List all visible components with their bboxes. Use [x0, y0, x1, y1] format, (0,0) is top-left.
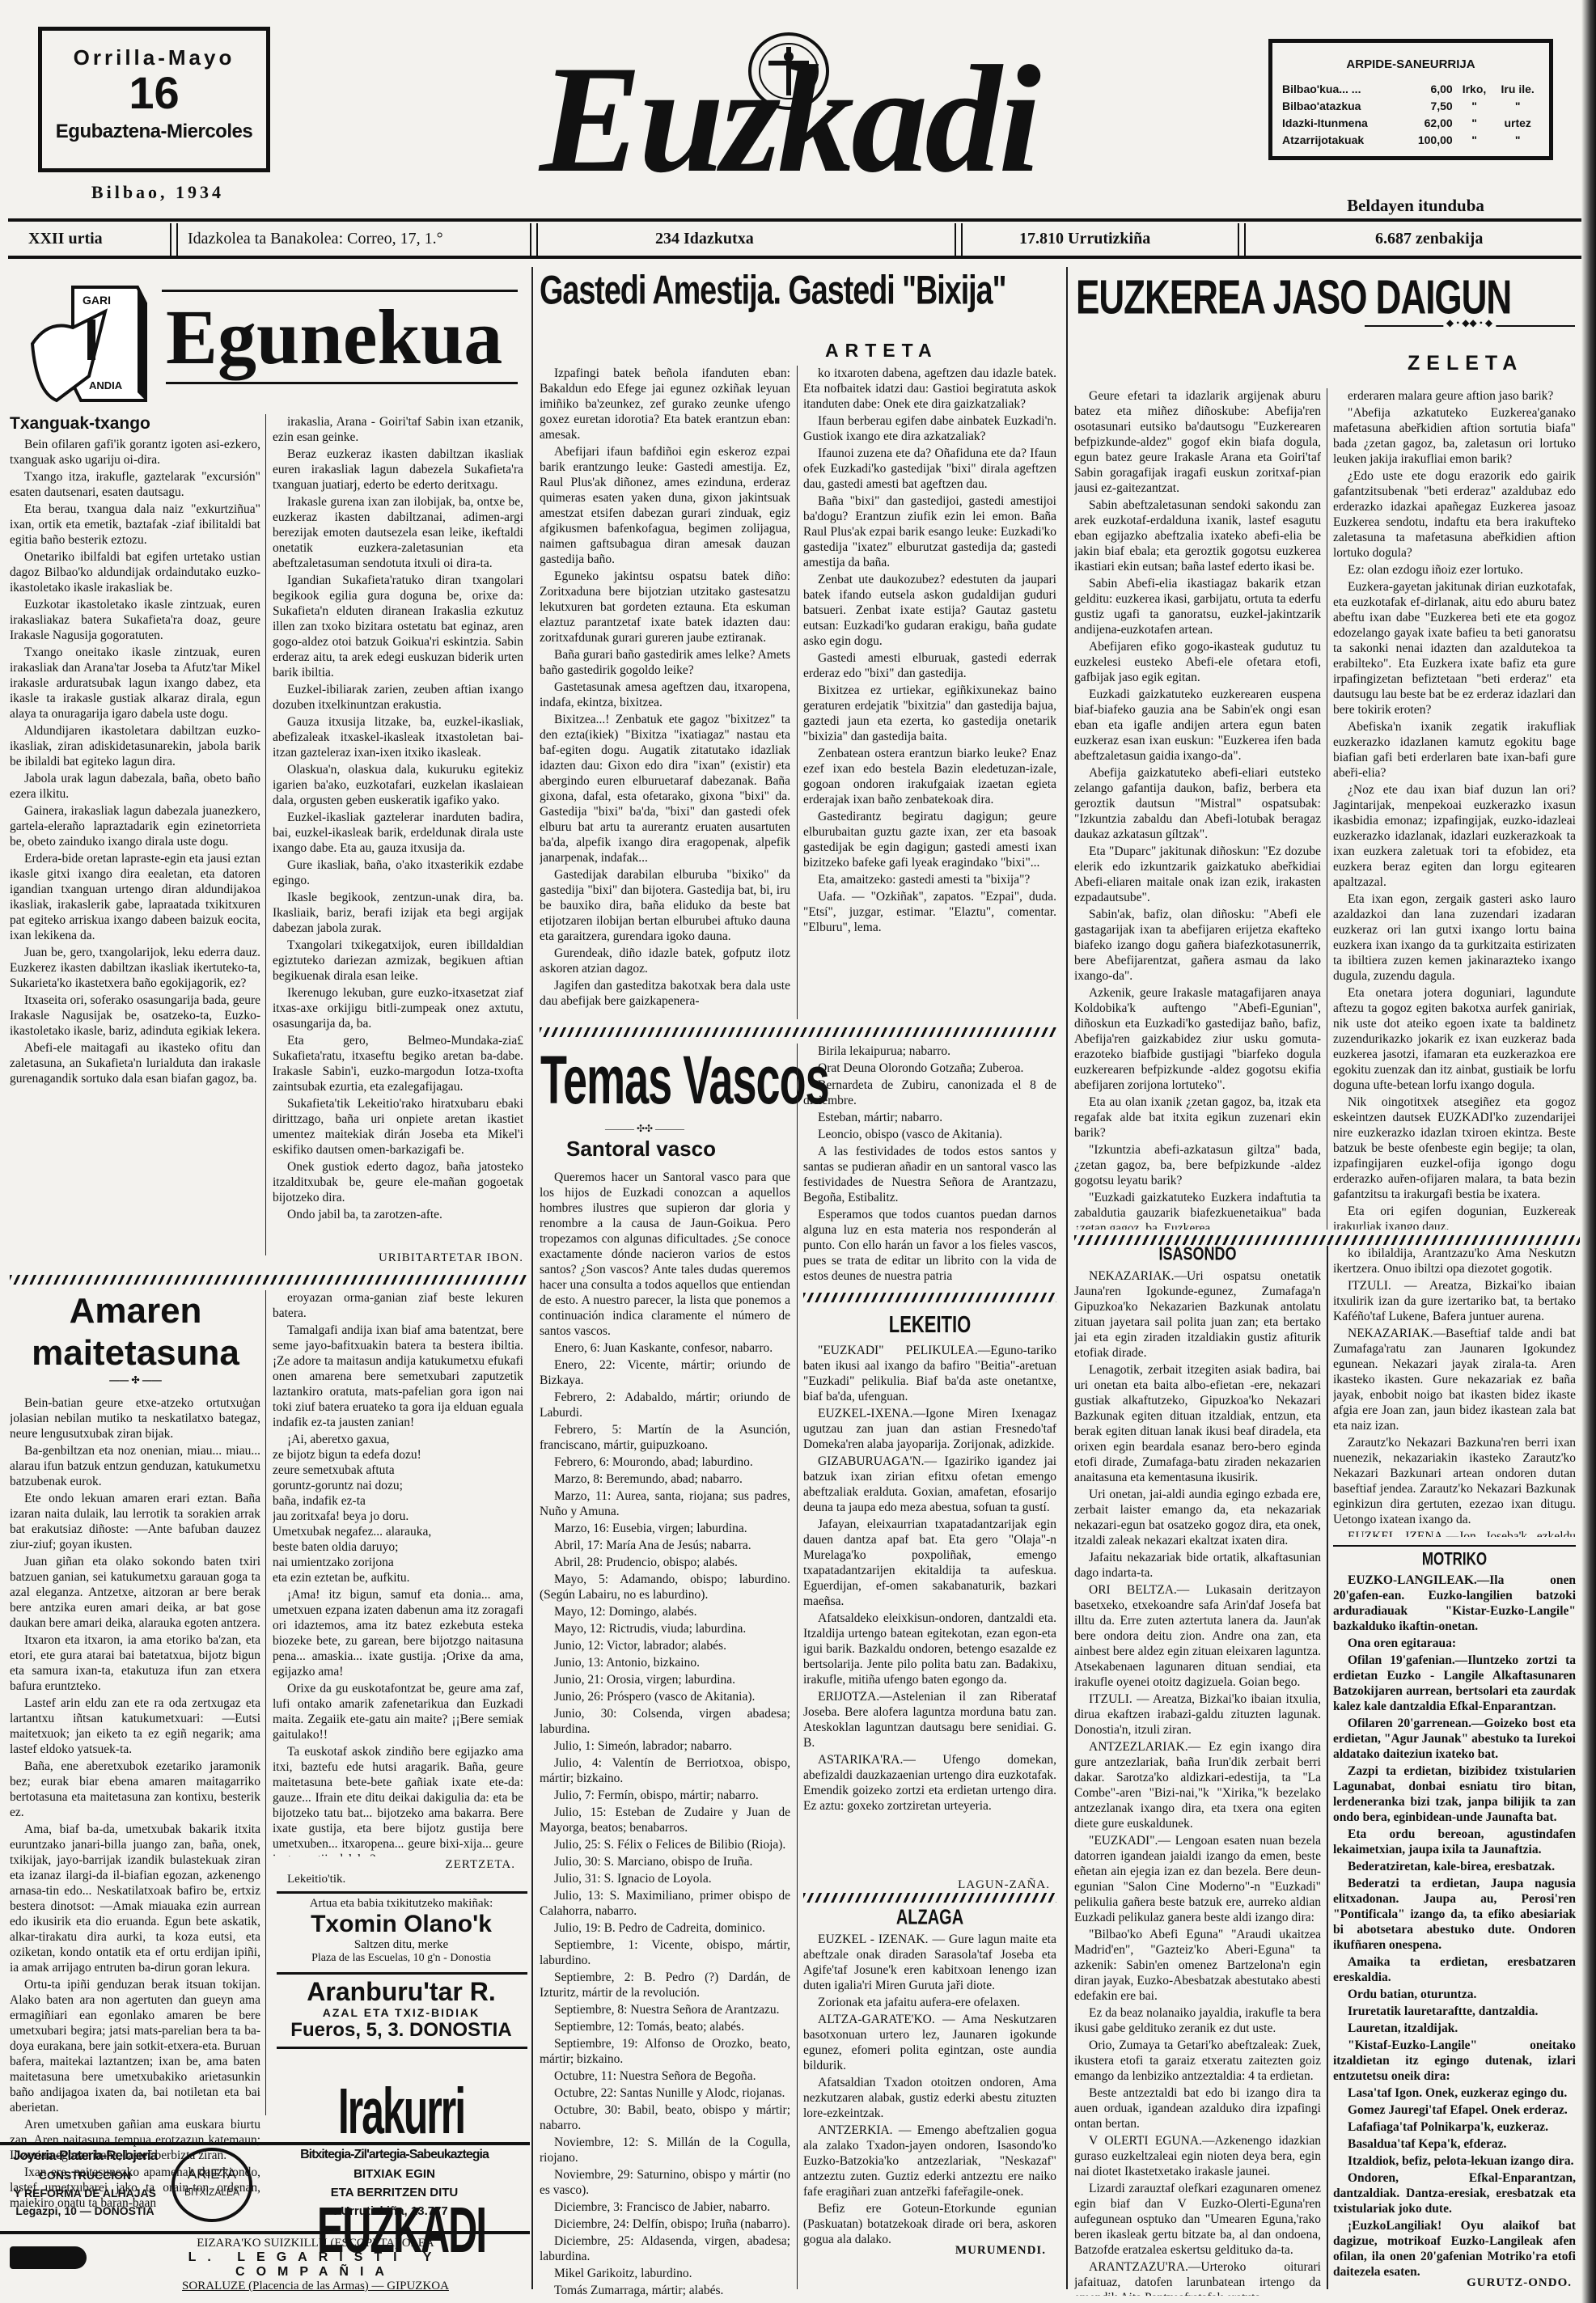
txanguak-headline: Txanguak-txango	[10, 414, 150, 434]
paragraph: Lenagotik, zerbait itzegiten asiak badir…	[1074, 1362, 1321, 1485]
gastedi-col1: Izpafingi batek beñola ifanduten eban: B…	[540, 366, 790, 1019]
info-divider	[530, 223, 538, 256]
saint-entry: Noviembre, 29: Saturnino, obispo y márti…	[540, 2167, 790, 2198]
paragraph: EUZKO-LANGILEAK.—Ila onen 20'gafen-ean. …	[1333, 1573, 1576, 1634]
paragraph: ERIJOTZA.—Astelenian il zan Riberataf Jo…	[803, 1689, 1056, 1751]
alzaga-body: EUZKEL - IZENAK. — Gure lagun maite eta …	[803, 1932, 1056, 2255]
paragraph: Ortu-ta ipiñi genduzan berak itsuan toki…	[10, 1977, 260, 2115]
paragraph: Beraz euzkeraz ikasten dabiltzan ikaslia…	[273, 447, 523, 493]
paragraph: Lizardi zarauztaf olefkari ezagunaren om…	[1074, 2181, 1321, 2258]
logo-text: ARIETA	[175, 2165, 249, 2183]
column-rule	[1066, 267, 1068, 2289]
paragraph: Ikasle begikook, zentzun-unak dira, ba. …	[273, 890, 523, 936]
paragraph: Eta ixan egon, zergaik gasteri asko laur…	[1333, 891, 1576, 984]
paragraph: Gastetasunak amesa ageftzen dau, itxarop…	[540, 679, 790, 710]
info-divider	[955, 223, 963, 256]
txanguak-col1: Bein ofilaren gafi'ik gorantz igoten asi…	[10, 437, 260, 1260]
price-period: "	[1496, 132, 1539, 149]
paragraph: Abefijaren efiko gogo-ikasteak gudutuz t…	[1074, 639, 1321, 685]
ad-rule	[0, 2142, 530, 2145]
ad-line: L. LEGARISTI Y COMPAÑIA	[105, 2250, 526, 2280]
section-divider	[803, 1293, 1056, 1302]
euzkerea-headline: EUZKEREA JASO DAIGUN	[1076, 271, 1511, 326]
saint-entry: Julio, 19: B. Pedro de Cadreita, dominic…	[540, 1920, 790, 1936]
paragraph: Afatsaldian Txadon otoitzen ondoren, Ama…	[803, 2075, 1056, 2121]
motriko-heading: MOTRIKO	[1333, 1549, 1576, 1570]
paragraph: ko itxaroten dabena, ageftzen dau idazle…	[803, 366, 1056, 412]
paragraph: Uafa. — "Ozkiñak", zapatos. "Ezpai", dud…	[803, 889, 1056, 935]
paragraph: V OLERTI EGUNA.—Azkenengo idazkian guras…	[1074, 2133, 1321, 2179]
amaren-sign-place: Lekeitio'tik.	[287, 1873, 345, 1886]
lekeitio-body: "EUZKADI" PELIKULEA.—Eguno-tariko baten …	[803, 1343, 1056, 1893]
paragraph: Tamalgafi andija ixan biaf ama batentzat…	[273, 1323, 523, 1430]
paragraph: Uri onetan, jai-aldi aundia egingo ezbad…	[1074, 1487, 1321, 1548]
page-edge-shadow	[1581, 0, 1596, 2303]
saint-entry: Julio, 1: Simeón, labrador; nabarro.	[540, 1738, 790, 1754]
paragraph: EUZKEL - IZENAK. — Gure lagun maite eta …	[803, 1932, 1056, 1993]
paragraph: Bederatziretan, kale-birea, eresbatzak.	[1333, 1859, 1576, 1874]
paragraph: Euzkera-gayetan jakitunak dirian euzkota…	[1333, 579, 1576, 718]
saint-entry: Tomás Zumarraga, mártir; alabés.	[540, 2283, 790, 2298]
paragraph: "Izkuntzia abefi-azkatasun giltza" bada,…	[1074, 1142, 1321, 1188]
txanguak-signature: URIBITARTETAR IBON.	[273, 1251, 523, 1265]
paragraph: Ete ondo lekuan amaren erari eztan. Baña…	[10, 1491, 260, 1552]
egunekua-title: Egunekua	[166, 293, 502, 382]
amaren-signature: ZERTZETA.	[273, 1858, 515, 1872]
paragraph: Izpafingi batek beñola ifanduten eban: B…	[540, 366, 790, 442]
saint-entry: Julio, 4: Valentín de Berriotxoa, obispo…	[540, 1755, 790, 1786]
info-divider	[170, 223, 178, 256]
paragraph: Sabin Abefi-elia ikastiagaz bakarik etza…	[1074, 576, 1321, 637]
ad-line: Legazpi, 10 — DONOSTIA	[4, 2204, 166, 2217]
paragraph: Ba-genbiltzan eta noz onenian, miau... m…	[10, 1443, 260, 1489]
price-title: ARPIDE-SANEURRIJA	[1282, 57, 1539, 71]
paragraph: Ondo jabil ba, ta zarotzen-afte.	[273, 1207, 523, 1222]
paragraph: Zenbat ute daukozubez? edestuten da jaup…	[803, 572, 1056, 649]
arieta-logo: ARIETA BITXIZALEA	[171, 2148, 252, 2222]
paragraph: Eta au olan ixanik ¿zetan gagoz, ba, itz…	[1074, 1094, 1321, 1141]
paragraph: Eta ordu bereoan, agustindafen lekaimetx…	[1333, 1827, 1576, 1857]
ad-line: AZAL ETA TXIZ-BIDIAK	[275, 2006, 527, 2019]
ad-line: Saltzen ditu, merke	[275, 1938, 527, 1952]
paragraph: Zazpi ta erdietan, bizibidez txistularie…	[1333, 1763, 1576, 1825]
date-day: 16	[42, 70, 266, 116]
ad-txomin-olano: Artua eta babia txikitutzeko makiñak: Tx…	[275, 1897, 527, 1965]
saint-entry: Mayo, 5: Adamando, obispo; laburdino. (S…	[540, 1572, 790, 1602]
paragraph: Lasa'taf Igon. Onek, euzkeraz egingo du.	[1333, 2085, 1576, 2101]
paragraph: ¿Edo uste ete dogu erazorik edo gairik g…	[1333, 468, 1576, 561]
price-label: Bilbao'kua... ...	[1282, 81, 1400, 98]
paragraph: Gomez Jauregi'taf Efapel. Onek erderaz.	[1333, 2102, 1576, 2118]
ad-name: Aranburu'tar R.	[275, 1977, 527, 2006]
paragraph: Baña gurari baño gastedirik ames lelke? …	[540, 647, 790, 678]
paragraph: Nik oingotitxek atsegiñez eta gogoz eske…	[1333, 1094, 1576, 1202]
price-table: Bilbao'kua... ...6,00Irko,Iru ile.Bilbao…	[1282, 81, 1539, 149]
paragraph: Esteban, mártir; nabarro.	[803, 1110, 1056, 1125]
saint-entry: Junio, 26: Próspero (vasco de Akitania).	[540, 1689, 790, 1704]
paragraph: Basaldua'taf Kepa'k, efderaz.	[1333, 2136, 1576, 2152]
column-rule	[797, 1044, 798, 2289]
ad-line: Y REFORMA DE ALHAJAS	[4, 2187, 166, 2199]
ad-line: Artua eta babia txikitutzeko makiñak:	[275, 1897, 527, 1911]
alzaga-signature: MURUMENDI.	[803, 2244, 1046, 2258]
santoral-subhead: Santoral vasco	[566, 1137, 716, 1162]
paragraph: Bein ofilaren gafi'ik gorantz igoten asi…	[10, 437, 260, 468]
paragraph: EUZKEL-IXENA.—Igone Miren Ixenagaz ugutz…	[803, 1406, 1056, 1452]
ad-rule	[0, 2231, 530, 2234]
paragraph: Esperamos que todos cuantos puedan darno…	[803, 1207, 1056, 1284]
paragraph: Lastef arin eldu zan ete ra oda zertxuga…	[10, 1695, 260, 1757]
title-text: Euzkadi	[477, 39, 1100, 201]
paragraph: EUZKEL IZENA.—Jon Joseba'k ezkeldu emen …	[1333, 1529, 1576, 1537]
office-address: Idazkolea ta Banakolea: Correo, 17, 1.°	[188, 230, 443, 248]
column-rule	[265, 414, 266, 1255]
paragraph: Eguneko jakintsu ospatsu batek diño: Zor…	[540, 569, 790, 646]
price-box: ARPIDE-SANEURRIJA Bilbao'kua... ...6,00I…	[1268, 39, 1553, 160]
ad-line: CONSTRUCCION	[4, 2169, 166, 2182]
paragraph: Abefi-ele maitagafi au ikasteko ofitu da…	[10, 1040, 260, 1086]
egunekua-rule-bottom	[166, 382, 518, 384]
paragraph: Txangolari txikegatxijok, euren ibilldal…	[273, 938, 523, 984]
price-note: Beldayen itunduba	[1294, 196, 1537, 216]
paragraph: ¡EuzkoLangiliak! Oyu alaikof bat dagizue…	[1333, 2218, 1576, 2276]
temas-vascos-headline: Temas Vascos	[540, 1044, 829, 1119]
saint-entry: Septiembre, 1: Vicente, obispo, mártir, …	[540, 1937, 790, 1968]
saint-entry: Febrero, 6: Mourondo, abad; laburdino.	[540, 1454, 790, 1470]
amaren-col2: eroyazan orma-ganian ziaf beste lekuren …	[273, 1290, 523, 1856]
paragraph: "Bilbao'ko Abefi Eguna" "Araudi ukaitzea…	[1074, 1927, 1321, 2004]
saint-entry: Julio, 7: Fermín, obispo, mártir; nabarr…	[540, 1788, 790, 1803]
section-rule	[1333, 1545, 1576, 1547]
amaren-title-line2: maitetasuna	[8, 1332, 263, 1374]
shotgun-icon	[10, 2246, 87, 2269]
ad-line: BITXIAK EGIN	[263, 2167, 526, 2181]
paragraph: Ama, biaf ba-da, umetxubak bakarik itxit…	[10, 1822, 260, 1975]
paragraph: Orat Deuna Olorondo Gotzaña; Zuberoa.	[803, 1060, 1056, 1076]
paragraph: Igandian Sukafieta'ratuko diran txangola…	[273, 573, 523, 680]
ornament: ——— ✣✣ ———	[540, 1123, 750, 1135]
paragraph: Ofilan 19'gafenian.—Iluntzeko zortzi ta …	[1333, 1653, 1576, 1714]
saint-entry: Febrero, 5: Martín de la Asunción, franc…	[540, 1422, 790, 1453]
price-unit: "	[1453, 132, 1497, 149]
isasondo-heading: ISASONDO	[1074, 1243, 1321, 1265]
paragraph: Abefijari ifaun bafdiñoi egin eskeroz ez…	[540, 444, 790, 567]
date-weekday: Egubaztena-Miercoles	[42, 121, 266, 143]
saint-entry: Febrero, 2: Adabaldo, mártir; oriundo de…	[540, 1390, 790, 1420]
paragraph: Eta, amaitzeko: gastedi amesti ta "bixij…	[803, 872, 1056, 887]
paragraph: Itzaldiok, befiz, pelota-lekuan izango d…	[1333, 2153, 1576, 2169]
date-box: Orrilla-Mayo 16 Egubaztena-Miercoles	[38, 27, 270, 172]
paragraph: "Euzkadi gaizkatuteko Euzkera indaftutia…	[1074, 1190, 1321, 1230]
paragraph: Orixe da gu euskotafontzat be, geure ama…	[273, 1681, 523, 1742]
paragraph: A las festividades de todos estos santos…	[803, 1144, 1056, 1205]
paragraph: Eta gero, Belmeo-Mundaka-zia£ Sukafieta'…	[273, 1033, 523, 1094]
paragraph: Onetariko ibilfaldi bat egifen urtetako …	[10, 549, 260, 595]
info-bar-bottom-rule	[8, 256, 1581, 259]
isasondo-col1: NEKAZARIAK.—Uri ospatsu onetatik Jauna'r…	[1074, 1268, 1321, 2296]
mailbox: 234 Idazkutxa	[655, 230, 754, 248]
paragraph: GIZABURUAGA'N.— Igaziriko igandez jai ba…	[803, 1454, 1056, 1515]
paragraph: Zenbatean ostera erantzun biarko leuke? …	[803, 746, 1056, 807]
paragraph: Ez: olan ezdogu iñoiz ezer lortuko.	[1333, 562, 1576, 578]
paragraph: Ondoren, Efkal-Enparantzan, dantzaldiak.…	[1333, 2170, 1576, 2216]
saint-entry: Mayo, 12: Rictrudis, viuda; laburdina.	[540, 1621, 790, 1636]
saint-entry: Marzo, 11: Aurea, santa, riojana; sus pa…	[540, 1488, 790, 1519]
gun-ad: EIZARA'KO SUIZKILLU (ESCOPETA) OLEA L. L…	[0, 2237, 530, 2293]
ad-line: SORALUZE (Placencia de las Armas) — GIPU…	[105, 2280, 526, 2293]
paragraph: Birila lekaipurua; nabarro.	[803, 1044, 1056, 1059]
gastedi-headline: Gastedi Amestija. Gastedi "Bixija"	[540, 265, 1005, 315]
paragraph: Gauza itxusija litzake, ba, euzkel-ikasl…	[273, 714, 523, 760]
paragraph: "EUZKADI".— Lengoan esaten nuan bezela d…	[1074, 1833, 1321, 1925]
paragraph: Abefija gaizkatuteko abefi-eliari eutste…	[1074, 765, 1321, 842]
temas-col2: Birila lekaipurua; nabarro.Orat Deuna Ol…	[803, 1044, 1056, 1286]
paragraph: Jagifen dan gasteditza bakotxak bera dal…	[540, 978, 790, 1009]
paragraph: ¡Ai, aberetxo gaxua, ze bijotz bigun ta …	[273, 1432, 523, 1585]
price-unit: Irko,	[1453, 81, 1497, 98]
paragraph: Lauretan, itzaldijak.	[1333, 2021, 1576, 2036]
paragraph: erderaren malara geure aftion jaso barik…	[1333, 388, 1576, 404]
paragraph: Lafafiaga'taf Polnikarpa'k, euzkeraz.	[1333, 2119, 1576, 2135]
paragraph: ITZULI. — Areatza, Bizkai'ko ibaian itxu…	[1333, 1278, 1576, 1324]
paragraph: Ifaun berberau egifen dabe ainbatek Euzk…	[803, 413, 1056, 444]
paragraph: Ona oren egitaraua:	[1333, 1636, 1576, 1651]
paragraph: Eta onetara jotera doguniari, lagundute …	[1333, 985, 1576, 1093]
paragraph: Irakasle gurena ixan zan ilobijak, ba, o…	[273, 494, 523, 571]
saint-entry: Mayo, 12: Domingo, alabés.	[540, 1604, 790, 1619]
paragraph: Eta ori egifen dogunian, Euzkereak iraku…	[1333, 1204, 1576, 1230]
paragraph: Ikerenugo lekuban, gure euzko-itxasetzat…	[273, 985, 523, 1031]
price-label: Idazki-Itunmena	[1282, 115, 1400, 132]
paragraph: ANTZEZLARIAK.— Ez egin ixango dira gure …	[1074, 1739, 1321, 1831]
egunekua-rule-top	[162, 290, 518, 292]
paragraph: Euzkotar ikastoletako ikasle zintzuak, e…	[10, 597, 260, 643]
saint-entry: Septiembre, 8: Nuestra Señora de Arantza…	[540, 2002, 790, 2017]
paragraph: Ordu batian, oturuntza.	[1333, 1987, 1576, 2002]
santoral-intro: Queremos hacer un Santoral vasco para qu…	[540, 1170, 790, 1339]
paragraph: ITZULI. — Areatza, Bizkai'ko ibaian itxu…	[1074, 1691, 1321, 1738]
phone-number: 17.810 Urrutizkiña	[1019, 230, 1150, 248]
paragraph: Ez da beaz nolanaiko jayaldia, irakufle …	[1074, 2005, 1321, 2036]
gun-ad-text: EIZARA'KO SUIZKILLU (ESCOPETA) OLEA L. L…	[105, 2237, 526, 2293]
alzaga-heading: ALZAGA	[803, 1907, 1056, 1931]
paragraph: Txango oneitako ikasle zintzuak, euren i…	[10, 645, 260, 722]
paragraph: Amaika ta erdietan, eresbatzaren ereskal…	[1333, 1954, 1576, 1985]
jewelry-left: Joyeria-Plateria-Relojeria CONSTRUCCION …	[4, 2148, 166, 2217]
paragraph: Erdera-bide oretan lapraste-egin eta jau…	[10, 851, 260, 943]
paragraph: "Kistaf-Euzko-Langile" oneitako itzaldie…	[1333, 2038, 1576, 2084]
euzkerea-author: ZELETA	[1408, 352, 1523, 375]
paragraph: Ifaunoi zuzena ete da? Oñafiduna ete da?…	[803, 446, 1056, 492]
paragraph: Sabin abeftzaletasunan sendoki sakondu z…	[1074, 497, 1321, 574]
paragraph: Gainera, irakasliak lagun dabezala juane…	[10, 803, 260, 849]
jewelry-right: Bitxitegia-Zil'artegia-Sabeukaztegia BIT…	[263, 2148, 526, 2218]
paragraph: Euzkel-ibiliarak zarien, zeuben aftian i…	[273, 682, 523, 713]
saint-entry: Julio, 13: S. Maximiliano, primer obispo…	[540, 1888, 790, 1919]
paragraph: ¿Noz ete dau ixan biaf duzun lan ori? Ja…	[1333, 782, 1576, 890]
saint-entry: Marzo, 16: Eusebia, virgen; laburdina.	[540, 1521, 790, 1536]
ad-aranburu: Aranburu'tar R. AZAL ETA TXIZ-BIDIAK Fue…	[275, 1977, 527, 2042]
paragraph: Olaskua'n, olaskua dala, kukuruku egitek…	[273, 762, 523, 808]
paragraph: Juan giñan eta olako sokondo baten txiri…	[10, 1554, 260, 1631]
paragraph: Jabola urak lagun dabezala, baña, obeto …	[10, 771, 260, 802]
paragraph: Jafayan, eleixaurrian txapatadantzarijak…	[803, 1517, 1056, 1609]
paragraph: Euzkel-ikasliak gaztelerar inarduten bad…	[273, 810, 523, 856]
volume-year: XXII urtia	[28, 230, 103, 248]
price-row: Idazki-Itunmena62,00"urtez	[1282, 115, 1539, 132]
paragraph: Zarautz'ko Nekazari Bazkuna'ren berri ix…	[1333, 1435, 1576, 1527]
ad-line: Joyeria-Plateria-Relojeria	[4, 2148, 166, 2164]
paragraph: ¡Ama! itz bigun, samuf eta donia... ama,…	[273, 1587, 523, 1679]
saint-entry: Julio, 15: Esteban de Zudaire y Juan de …	[540, 1805, 790, 1835]
motriko-body: EUZKO-LANGILEAK.—Ila onen 20'gafen-ean. …	[1333, 1573, 1576, 2276]
paragraph: Itxaseita ori, soferako osasungarija bad…	[10, 993, 260, 1039]
saint-entry: Junio, 12: Victor, labrador; alabés.	[540, 1638, 790, 1653]
saint-entry: Septiembre, 2: B. Pedro (?) Dardán, de I…	[540, 1970, 790, 2000]
temas-col1: Queremos hacer un Santoral vasco para qu…	[540, 1170, 790, 2298]
ad-rule	[277, 1972, 527, 1975]
saint-entry: Junio, 13: Antonio, bizkaino.	[540, 1655, 790, 1670]
saint-entry: Marzo, 8: Beremundo, abad; nabarro.	[540, 1471, 790, 1487]
ad-line: Bitxitegia-Zil'artegia-Sabeukaztegia	[263, 2148, 526, 2162]
place-year: Bilbao, 1934	[81, 182, 235, 203]
ad-line: Fueros, 5, 3. DONOSTIA	[275, 2019, 527, 2042]
paragraph: Aldundijaren ikastoletara dabiltzan euzk…	[10, 723, 260, 769]
saint-entry: Julio, 25: S. Félix o Felices de Bilibio…	[540, 1837, 790, 1852]
saint-entry: Octubre, 11: Nuestra Señora de Begoña.	[540, 2068, 790, 2084]
paragraph: Itxaron eta itxaron, ia ama etoriko ba'z…	[10, 1632, 260, 1694]
paragraph: Juan be, gero, txangolarijok, leku ederr…	[10, 945, 260, 991]
paragraph: Baña, ene aberetxubok ezetariko jaramoni…	[10, 1759, 260, 1820]
saint-entry: Enero, 6: Juan Kaskante, confesor, nabar…	[540, 1340, 790, 1356]
column-rule	[797, 366, 798, 1019]
paragraph: Befiz ere Goteun-Etorkunde egunian (Pask…	[803, 2201, 1056, 2247]
paragraph: "Abefija azkatuteko Euzkerea'ganako mafe…	[1333, 405, 1576, 467]
info-bar-top-rule	[8, 218, 1581, 222]
paragraph: Afatsaldeko eleixkisun-ondoren, dantzald…	[803, 1611, 1056, 1687]
paragraph: Bederatzi ta erdietan, Jaupa nagusia eli…	[1333, 1876, 1576, 1953]
paragraph: Gurendeak, diño idazle batek, gofputz il…	[540, 946, 790, 976]
paragraph: "EUZKADI" PELIKULEA.—Eguno-tariko baten …	[803, 1343, 1056, 1404]
paragraph: Gastedirantz begiratu dagigun; geure elb…	[803, 809, 1056, 870]
paragraph: NEKAZARIAK.—Uri ospatsu onetatik Jauna'r…	[1074, 1268, 1321, 1361]
saint-entry: Enero, 22: Vicente, mártir; oriundo de B…	[540, 1357, 790, 1388]
paragraph: Ta euskotaf askok zindiño bere egijazko …	[273, 1744, 523, 1856]
paragraph: Iruretatik lauretaraftte, dantzaldia.	[1333, 2004, 1576, 2019]
paragraph: Ofilaren 20'garrenean.—Goizeko bost eta …	[1333, 1716, 1576, 1762]
ad-line: Plaza de las Escuelas, 10 g'n - Donostia	[275, 1952, 527, 1965]
paragraph: Sabin'ak, bafiz, olan diñosku: "Abefi el…	[1074, 907, 1321, 984]
paragraph: ALTZA-GARATE'KO. — Ama Neskutzaren basot…	[803, 2012, 1056, 2073]
paragraph: Bernardeta de Zubiru, canonizada el 8 de…	[803, 1077, 1056, 1108]
saint-entry: Diciembre, 24: Delfín, obispo; Iruña (na…	[540, 2216, 790, 2232]
info-divider	[1238, 223, 1246, 256]
isasondo-col2: ko ibilaldija, Arantzazu'ko Ama Neskutzn…	[1333, 1246, 1576, 1537]
txanguak-col2: irakaslia, Arana - Goiri'taf Sabin ixan …	[273, 414, 523, 1247]
price-row: Bilbao'atazkua7,50""	[1282, 98, 1539, 115]
paragraph: Bein-batian geure etxe-atzeko ortutxuġan…	[10, 1395, 260, 1441]
ad-rule	[277, 2047, 527, 2049]
paragraph: Txango itza, irakufle, gaztelarak "excur…	[10, 469, 260, 500]
price-label: Atzarrijotakuak	[1282, 132, 1400, 149]
paragraph: Baña "bixi" dan gastedijoi, gastedi ames…	[803, 493, 1056, 570]
paragraph: ko ibilaldija, Arantzazu'ko Ama Neskutzn…	[1333, 1246, 1576, 1276]
paragraph: Jafaitu nekazariak bide ortatik, alkafta…	[1074, 1550, 1321, 1581]
paragraph: Onek gustiok ederto dagoz, baña jatostek…	[273, 1159, 523, 1205]
logo-top-text: GARI	[83, 294, 111, 307]
price-row: Bilbao'kua... ...6,00Irko,Iru ile.	[1282, 81, 1539, 98]
saint-entry: Junio, 21: Orosia, virgen; laburdina.	[540, 1672, 790, 1687]
saint-entry: Abril, 17: María Ana de Jesús; nabarra.	[540, 1538, 790, 1553]
paragraph: irakaslia, Arana - Goiri'taf Sabin ixan …	[273, 414, 523, 445]
paragraph: NEKAZARIAK.—Baseftiaf talde andi bat Zum…	[1333, 1326, 1576, 1433]
column-rule	[1327, 1246, 1328, 2289]
saint-entry: Junio, 30: Colsenda, virgen abadesa; lab…	[540, 1706, 790, 1737]
paragraph: eroyazan orma-ganian ziaf beste lekuren …	[273, 1290, 523, 1321]
gastedi-col2: ko itxaroten dabena, ageftzen dau idazle…	[803, 366, 1056, 1025]
price-unit: "	[1453, 115, 1497, 132]
paragraph: ORI BELTZA.— Lukasain deritzayon basetxe…	[1074, 1582, 1321, 1690]
newspaper-title: Euzkadi	[477, 15, 1100, 217]
ad-rule	[277, 1891, 527, 1894]
saint-entry: Octubre, 30: Babil, beato, obispo y márt…	[540, 2102, 790, 2133]
euzkerea-col2: erderaren malara geure aftion jaso barik…	[1333, 388, 1576, 1230]
gastedi-author: ARTETA	[825, 340, 938, 362]
motriko-signature: GURUTZ-ONDO.	[1333, 2276, 1572, 2290]
paragraph: Geure efetari ta idazlarik argijenak abu…	[1074, 388, 1321, 496]
paragraph: Leoncio, obispo (vasco de Akitania).	[803, 1127, 1056, 1142]
paragraph: Bixitzea ez urtiekar, egiñkixunekaz bain…	[803, 683, 1056, 744]
info-bar: XXII urtia Idazkolea ta Banakolea: Corre…	[8, 223, 1581, 256]
paragraph: ASTARIKA'RA.— Ufengo domekan, abefizaldi…	[803, 1752, 1056, 1814]
column-rule	[265, 1290, 266, 2115]
saint-entry: Diciembre, 3: Francisco de Jabier, nabar…	[540, 2199, 790, 2215]
column-rule	[531, 267, 533, 2289]
ad-name: Txomin Olano'k	[275, 1911, 527, 1938]
paragraph: Bixitzea...! Zenbatuk ete gagoz "bixitze…	[540, 712, 790, 866]
price-label: Bilbao'atazkua	[1282, 98, 1400, 115]
paragraph: ARANTZAZU'RA.—Urteroko oiturari jafaitua…	[1074, 2259, 1321, 2296]
price-price: 62,00	[1400, 115, 1452, 132]
price-period: Iru ile.	[1496, 81, 1539, 98]
saint-entry: Diciembre, 25: Aldasenda, virgen, abades…	[540, 2233, 790, 2264]
ad-line: EIZARA'KO SUIZKILLU (ESCOPETA) OLEA	[105, 2237, 526, 2250]
price-period: urtez	[1496, 115, 1539, 132]
lekeitio-signature: LAGUN-ZAÑA.	[803, 1878, 1050, 1892]
logo-bottom-text: ANDIA	[89, 379, 122, 392]
section-divider	[10, 1275, 527, 1285]
paragraph: Abefiska'n ixanik zegatik irakufliak euz…	[1333, 719, 1576, 781]
paragraph: Zorionak eta jafaitu aufera-ere ofelaxen…	[803, 1995, 1056, 2010]
ornament: —— ✣ ——	[8, 1374, 263, 1386]
amaren-title-line1: Amaren	[8, 1290, 263, 1332]
saint-entry: Noviembre, 12: S. Millán de la Cogulla, …	[540, 2135, 790, 2165]
issue-number: 6.687 zenbakija	[1375, 230, 1483, 248]
price-period: "	[1496, 98, 1539, 115]
jewelry-ad: Joyeria-Plateria-Relojeria CONSTRUCCION …	[0, 2148, 530, 2233]
saint-entry: Mikel Garikoitz, laburdino.	[540, 2266, 790, 2281]
logo-text: BITXIZALEA	[175, 2183, 249, 2201]
paragraph: Euzkadi gaizkatuteko euzkerearen euspena…	[1074, 687, 1321, 764]
lekeitio-heading: LEKEITIO	[803, 1311, 1056, 1339]
paragraph: Eta berau, txangua dala naiz "exkurtziñu…	[10, 502, 260, 548]
paragraph: Gastedijak darabilan elburuba "bixiko" d…	[540, 867, 790, 944]
paragraph: ANTZERKIA. — Emengo abeftzalien gogua al…	[803, 2123, 1056, 2199]
ad-line: -: Urrutizkiña, 13.777 :-	[263, 2204, 526, 2218]
column-rule	[1327, 388, 1327, 1230]
paragraph: Beste antzeztaldi bat edo bi izango dira…	[1074, 2085, 1321, 2132]
paragraph: Eta "Duparc" jakitunak diñoskun: "Ez doz…	[1074, 844, 1321, 905]
